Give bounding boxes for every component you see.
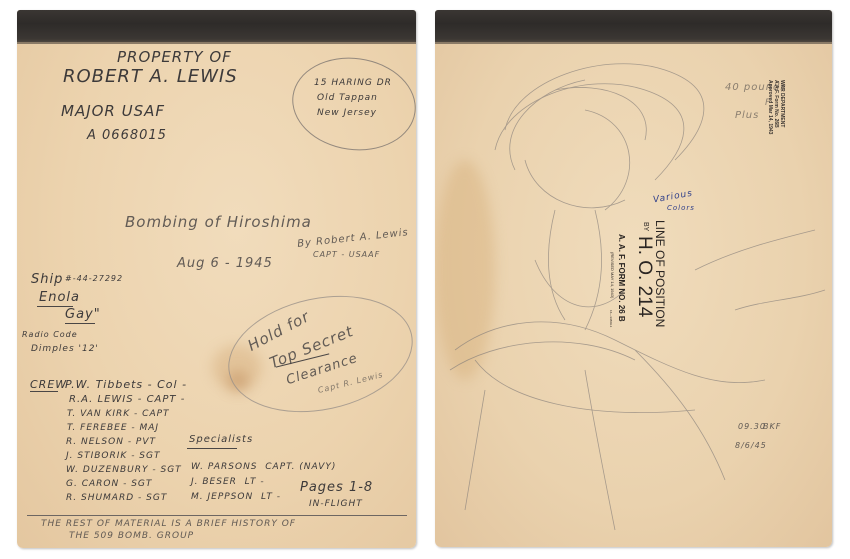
crew-member: R.A. LEWIS - CAPT - (69, 394, 185, 405)
crew-member: R. NELSON - PVT (66, 437, 156, 447)
pages-note-inflight: IN-FLIGHT (309, 499, 363, 509)
front-cover: PROPERTY OF ROBERT A. LEWIS MAJOR USAF A… (17, 10, 416, 548)
underline (30, 391, 58, 392)
divider-line (27, 515, 407, 516)
footer-line-2: THE 509 BOMB. GROUP (69, 531, 194, 541)
service-number: A 0668015 (87, 128, 167, 143)
footer-line-1: THE REST OF MATERIAL IS A BRIEF HISTORY … (41, 519, 296, 529)
radio-callsign: Dimples '12' (31, 344, 99, 354)
pages-note: Pages 1-8 (300, 480, 373, 495)
owner-name: ROBERT A. LEWIS (63, 66, 238, 87)
form-number: A. A. F. FORM NO. 26 B (617, 234, 626, 322)
specialists-heading: Specialists (189, 434, 253, 445)
form-title: LINE OF POSITION (653, 220, 667, 327)
document-title: Bombing of Hiroshima (125, 213, 312, 231)
byline: By Robert A. Lewis (297, 227, 410, 250)
ship-name-enola: Enola (39, 290, 80, 305)
specialist: M. JEPPSON LT - (191, 492, 281, 502)
specialist: W. PARSONS CAPT. (NAVY) (191, 462, 336, 472)
crew-heading: CREW (30, 378, 67, 391)
address-line-1: 15 HARING DR (314, 78, 392, 88)
crew-member: W. DUZENBURY - SGT (66, 465, 182, 475)
address-line-2: Old Tappan (317, 93, 378, 103)
mission-date: Aug 6 - 1945 (177, 256, 273, 271)
crew-member: J. STIBORIK - SGT (66, 451, 160, 461)
underline (65, 323, 95, 324)
address-circle (286, 50, 416, 158)
radio-code-label: Radio Code (22, 330, 78, 339)
specialist: J. BESER LT - (191, 477, 265, 487)
owner-rank: MAJOR USAF (61, 102, 165, 120)
crew-member: T. VAN KIRK - CAPT (67, 409, 170, 419)
time-note-suffix: BKF (763, 422, 781, 431)
crew-member: T. FEREBEE - MAJ (67, 423, 159, 433)
form-revised: (REVISED MAY 14, 1943) (610, 252, 615, 298)
pencil-note-f: F (765, 98, 771, 108)
front-binding-strip (17, 10, 416, 44)
property-label: PROPERTY OF (117, 48, 232, 66)
pencil-note-weight: 40 pounds (725, 82, 787, 93)
form-code: H. O. 214 (633, 236, 655, 317)
back-cover: WAR DEPARTMENT A.A.F. Form No. 26B Appro… (435, 10, 832, 547)
date-note: 8/6/45 (735, 441, 767, 450)
ship-label: Ship (31, 272, 63, 287)
form-by: BY (642, 222, 649, 231)
ship-number: #-44-27292 (65, 274, 123, 283)
blue-note-colors: Colors (667, 204, 695, 212)
form-printer-code: 16—33869-1 (609, 310, 613, 327)
crew-member: G. CARON - SGT (66, 479, 152, 489)
ship-name-gay: Gay" (65, 307, 101, 322)
byline-rank: CAPT - USAAF (313, 250, 380, 259)
time-note: 09.30 (738, 422, 766, 431)
address-line-3: New Jersey (317, 108, 377, 118)
pencil-note-plus: Plus (735, 110, 759, 121)
crew-member: R. SHUMARD - SGT (66, 493, 167, 503)
crew-member: P.W. Tibbets - Col - (65, 378, 187, 391)
underline (187, 448, 237, 449)
